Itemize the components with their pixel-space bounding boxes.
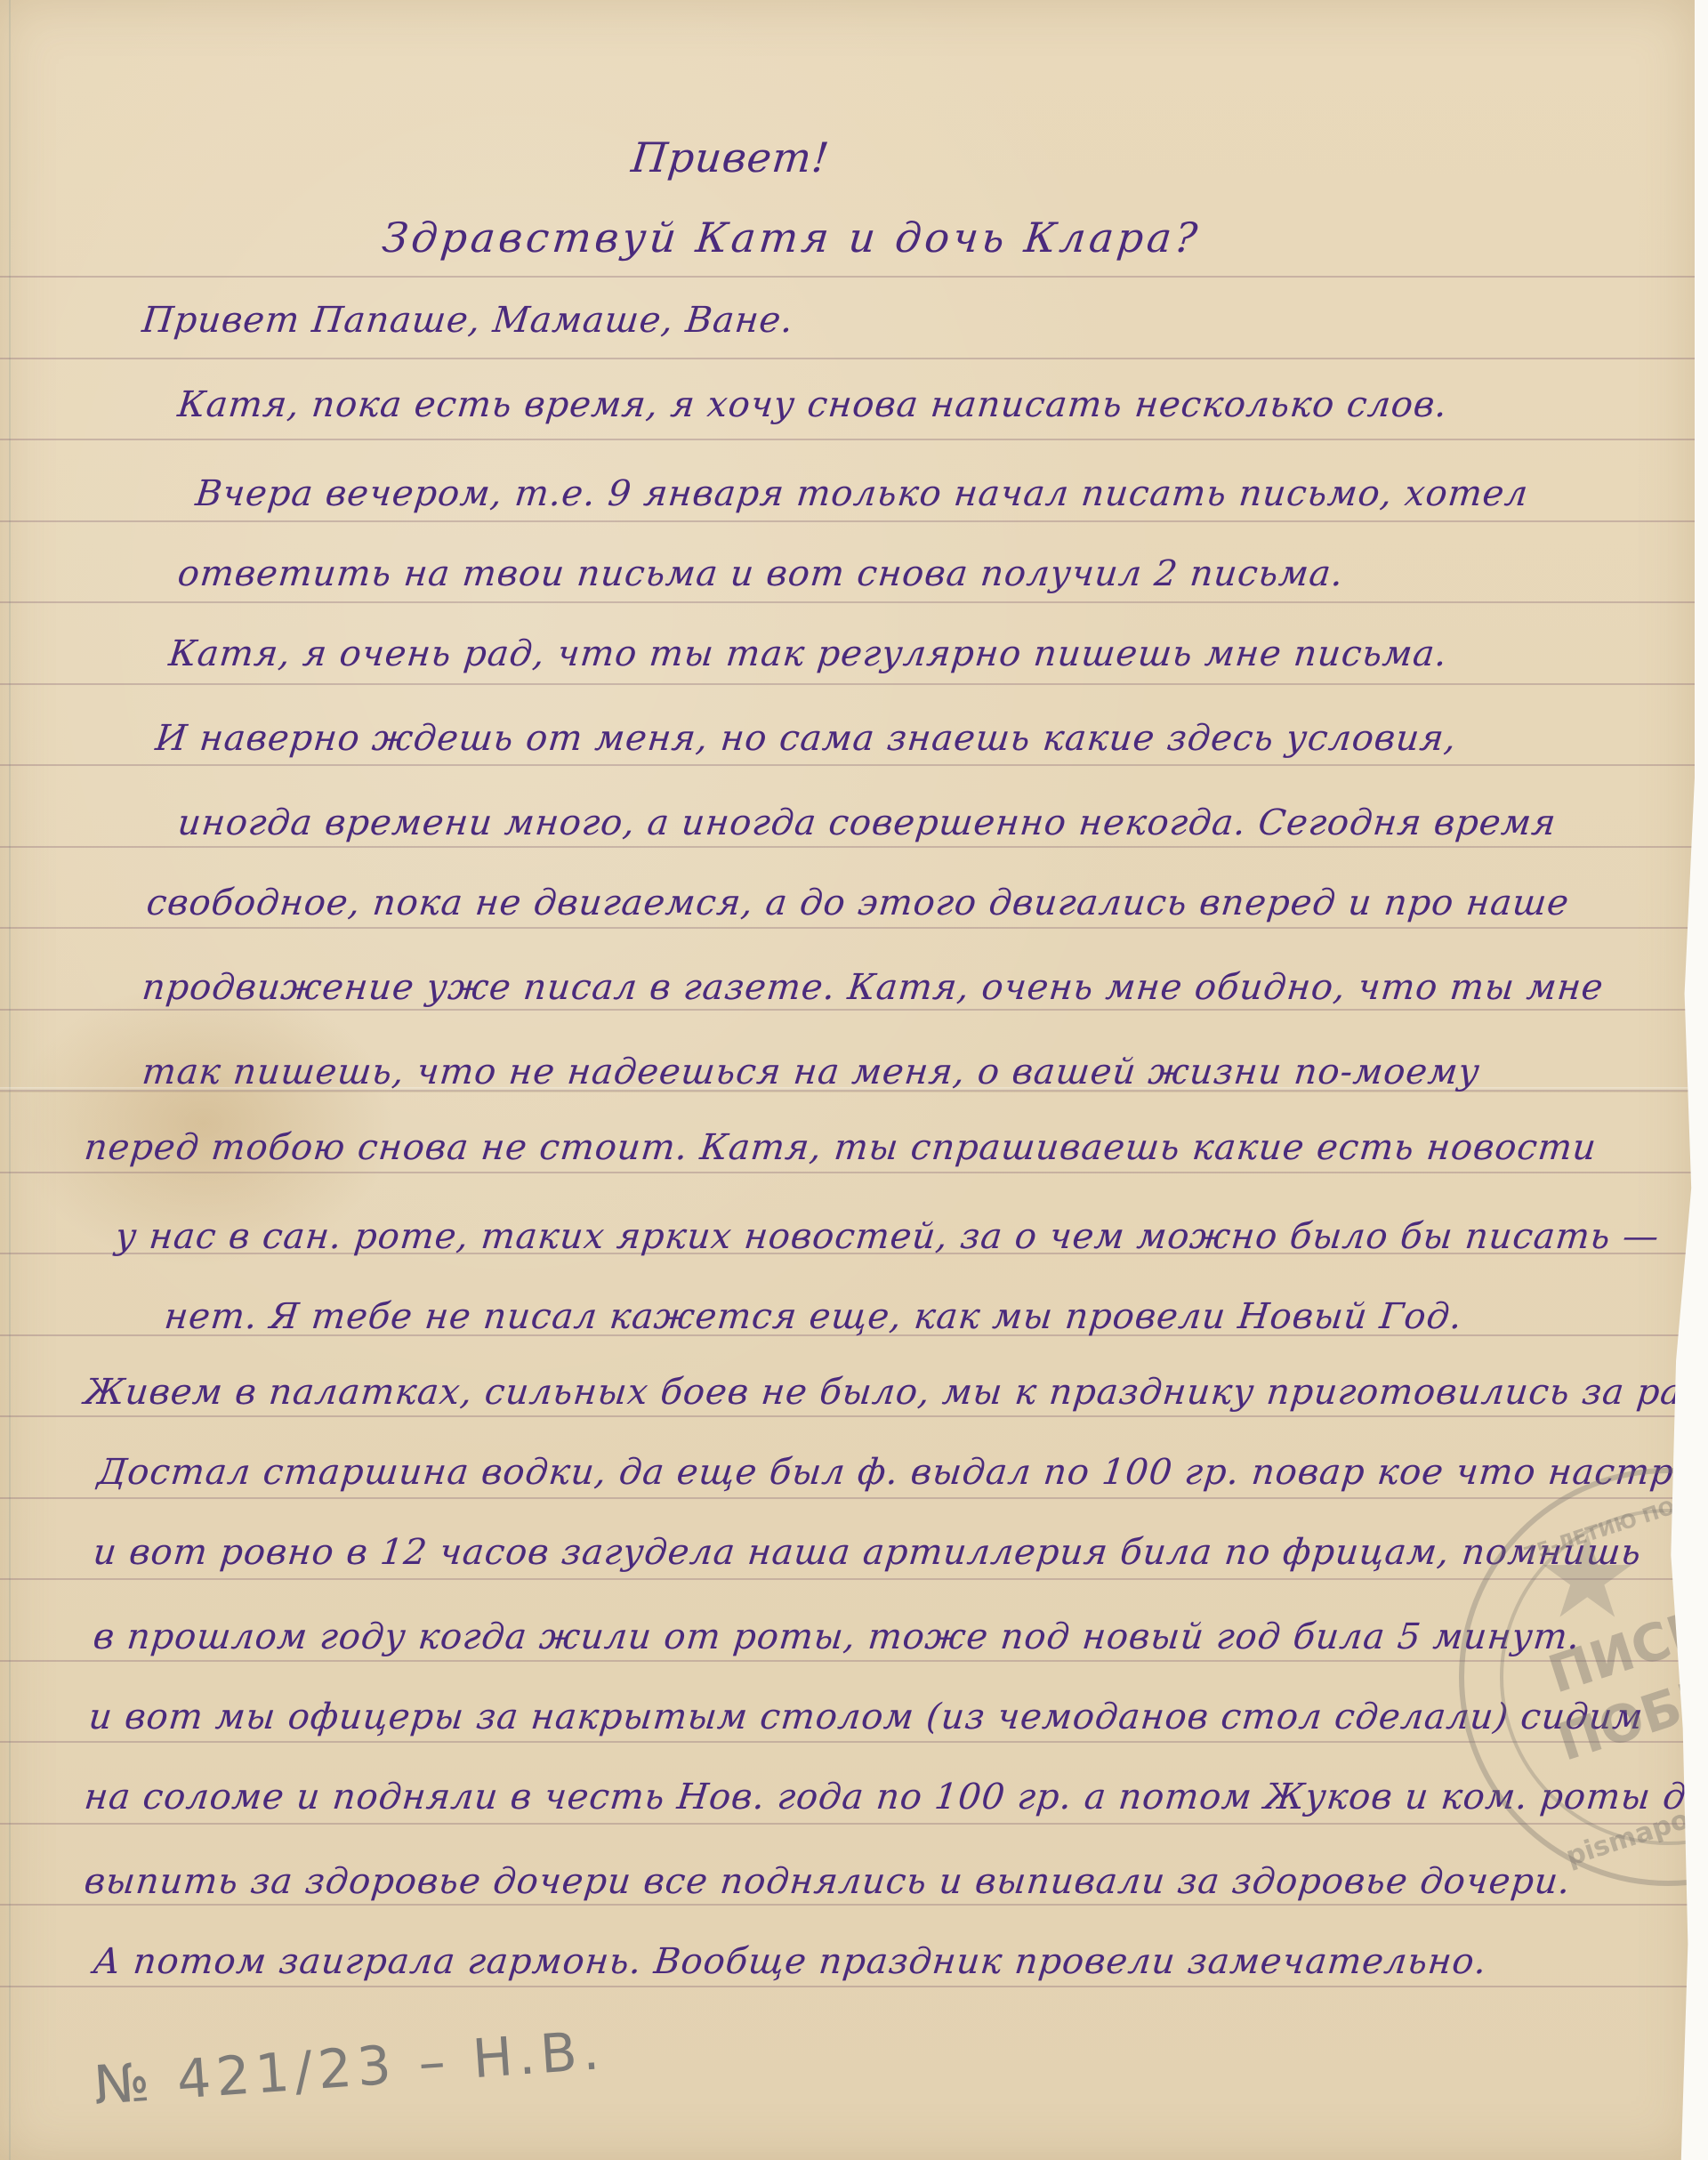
letter-line: и вот ровно в 12 часов загудела наша арт… bbox=[91, 1526, 1644, 1579]
letter-line: Привет Папаше, Мамаше, Ване. bbox=[140, 294, 796, 347]
letter-sheet: Привет! Здравствуй Катя и дочь Клара? Пр… bbox=[0, 0, 1695, 2160]
letter-line: у нас в сан. роте, таких ярких новостей,… bbox=[113, 1210, 1663, 1263]
letter-line: Катя, пока есть время, я хочу снова напи… bbox=[175, 378, 1450, 431]
letter-line: на соломе и подняли в честь Нов. года по… bbox=[82, 1770, 1708, 1824]
letter-line: в прошлом году когда жили от роты, тоже … bbox=[91, 1610, 1583, 1664]
letter-line: И наверно ждешь от меня, но сама знаешь … bbox=[153, 712, 1460, 765]
letter-greeting: Здравствуй Катя и дочь Клара? bbox=[380, 214, 1203, 262]
letter-heading: Привет! bbox=[629, 133, 832, 181]
letter-line: Вчера вечером, т.е. 9 января только нача… bbox=[193, 467, 1531, 520]
letter-line: Достал старшина водки, да еще был ф. выд… bbox=[95, 1446, 1708, 1499]
letter-line: А потом заиграла гармонь. Вообще праздни… bbox=[91, 1935, 1490, 1988]
letter-line: нет. Я тебе не писал кажется еще, как мы… bbox=[162, 1290, 1465, 1343]
ruled-line bbox=[0, 358, 1695, 359]
letter-line: ответить на твои письма и вот снова полу… bbox=[175, 547, 1347, 600]
ruled-line bbox=[0, 439, 1695, 440]
letter-line: выпить за здоровье дочери все поднялись … bbox=[82, 1855, 1574, 1908]
letter-line: продвижение уже писал в газете. Катя, оч… bbox=[140, 961, 1607, 1014]
letter-line: Живем в палатках, сильных боев не было, … bbox=[82, 1366, 1708, 1419]
letter-line: перед тобою снова не стоит. Катя, ты спр… bbox=[82, 1121, 1599, 1174]
ruled-line bbox=[0, 601, 1695, 603]
margin-line bbox=[9, 0, 11, 2160]
archive-number: № 421/23 – Н.В. bbox=[92, 2019, 607, 2117]
letter-line: свободное, пока не двигаемся, а до этого… bbox=[144, 876, 1572, 930]
letter-line: Катя, я очень рад, что ты так регулярно … bbox=[166, 627, 1450, 681]
letter-line: иногда времени много, а иногда совершенн… bbox=[175, 796, 1559, 850]
ruled-line bbox=[0, 276, 1695, 278]
letter-line: так пишешь, что не надеешься на меня, о … bbox=[140, 1045, 1483, 1099]
letter-line: и вот мы офицеры за накрытым столом (из … bbox=[86, 1690, 1646, 1744]
ruled-line bbox=[0, 683, 1695, 685]
